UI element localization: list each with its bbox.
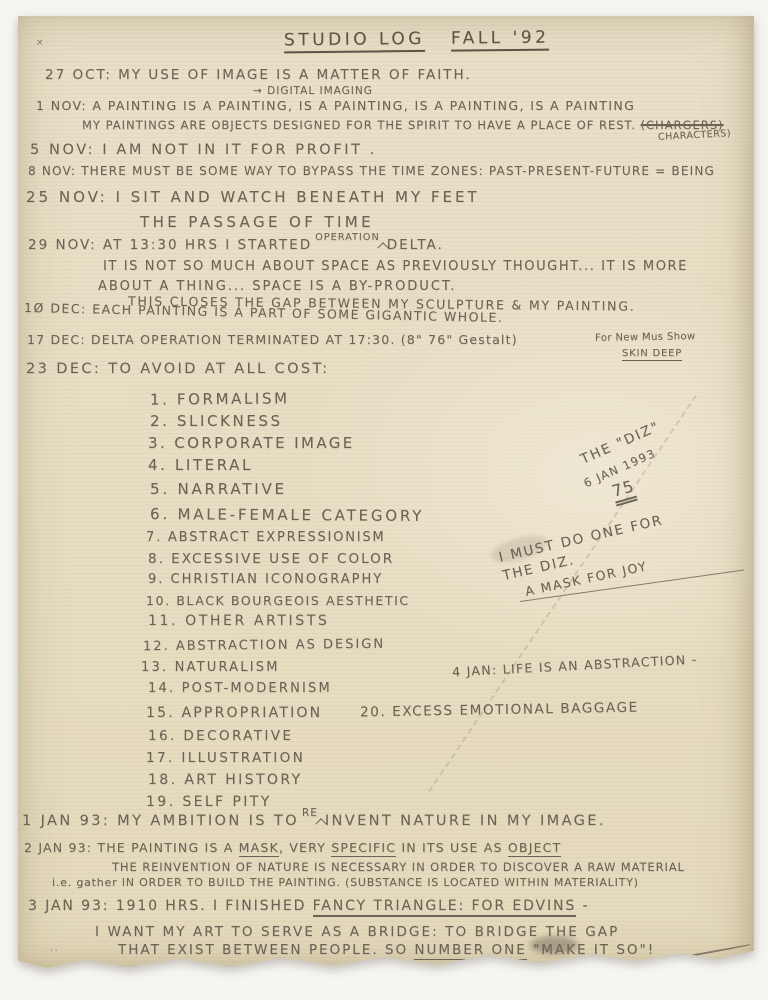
paper-sheet-wrap: × .. STUDIO LOGFALL '92 27 OCT: MY USE O…	[18, 16, 754, 974]
nov29-inserted-word: OPERATION	[315, 233, 380, 244]
avoid-list-item: 5. NARRATIVE	[150, 481, 287, 498]
avoid-list-item: 18. ART HISTORY	[148, 773, 303, 788]
paper-sheet: × .. STUDIO LOGFALL '92 27 OCT: MY USE O…	[18, 16, 754, 974]
entry-nov25-line2: THE PASSAGE OF TIME	[140, 214, 374, 231]
entry-nov29-line2: IT IS NOT SO MUCH ABOUT SPACE AS PREVIOU…	[103, 260, 688, 274]
nov1-line2-text: MY PAINTINGS ARE OBJECTS DESIGNED FOR TH…	[82, 118, 641, 132]
entry-dec23: 23 DEC: TO AVOID AT ALL COST:	[26, 362, 329, 378]
jan3c-pre: THAT EXIST BETWEEN PEOPLE. SO	[118, 942, 414, 958]
avoid-list-item: 16. DECORATIVE	[148, 729, 293, 744]
entry-nov5: 5 NOV: I AM NOT IN IT FOR PROFIT .	[30, 143, 377, 159]
nov1-correction: CHARACTERS)	[658, 129, 732, 143]
jan1-post: INVENT NATURE IN MY IMAGE.	[325, 813, 606, 829]
entry-nov1-line2: MY PAINTINGS ARE OBJECTS DESIGNED FOR TH…	[82, 119, 724, 132]
jan2-pre: 2 JAN 93: THE PAINTING IS A	[24, 840, 239, 855]
title-right: FALL '92	[451, 28, 550, 52]
dec17-sidenote-line2: SKIN DEEP	[622, 348, 682, 359]
avoid-list-item: 2. SLICKNESS	[150, 413, 283, 430]
entry-nov29-line1: 29 NOV: AT 13:30 HRS I STARTEDOPERATIOND…	[28, 238, 444, 253]
page-title: STUDIO LOGFALL '92	[284, 29, 550, 50]
entry-jan3-line3: THAT EXIST BETWEEN PEOPLE. SO NUMBER ONE…	[118, 943, 655, 958]
entry-jan2-note2: i.e. gather IN ORDER TO BUILD THE PAINTI…	[52, 877, 639, 889]
jan2-mid1: , VERY	[279, 840, 331, 855]
avoid-list-item-20: 20. EXCESS EMOTIONAL BAGGAGE	[360, 701, 639, 721]
avoid-list-item: 10. BLACK BOURGEOIS AESTHETIC	[146, 594, 410, 608]
avoid-list-item: 19. SELF PITY	[146, 795, 272, 810]
jan3-pre: 3 JAN 93: 1910 HRS. I FINISHED	[28, 898, 313, 914]
avoid-list-item: 8. EXCESSIVE USE OF COLOR	[148, 552, 394, 567]
avoid-list-item: 14. POST-MODERNISM	[148, 682, 332, 696]
avoid-list-item: 12. ABSTRACTION AS DESIGN	[143, 638, 385, 655]
entry-nov29-line3: ABOUT A THING... SPACE IS A BY-PRODUCT.	[98, 280, 456, 294]
diz-age-underlined: 75	[610, 476, 638, 506]
entry-jan2: 2 JAN 93: THE PAINTING IS A MASK, VERY S…	[24, 841, 561, 855]
annotation-diz-age: 75	[610, 477, 636, 500]
entry-jan3: 3 JAN 93: 1910 HRS. I FINISHED FANCY TRI…	[28, 899, 590, 914]
jan2-mid2: IN ITS USE AS	[396, 840, 508, 855]
avoid-list-item: 7. ABSTRACT EXPRESSIONISM	[146, 531, 385, 545]
jan2-mask-underlined: MASK	[239, 840, 279, 857]
jan1-pre: 1 JAN 93: MY AMBITION IS TO	[22, 813, 299, 829]
skin-deep-underlined: SKIN DEEP	[622, 348, 682, 361]
avoid-list-item: 3. CORPORATE IMAGE	[148, 435, 355, 452]
entry-nov1-line1: 1 NOV: A PAINTING IS A PAINTING, IS A PA…	[36, 99, 635, 113]
avoid-list-item: 13. NATURALISM	[141, 661, 280, 675]
avoid-list-item: 9. CHRISTIAN ICONOGRAPHY	[148, 573, 383, 587]
avoid-list-item: 17. ILLUSTRATION	[146, 751, 305, 766]
dec17-sidenote-line1: For New Mus Show	[595, 331, 696, 344]
jan1-inserted-word: RE	[302, 808, 318, 819]
entry-jan1: 1 JAN 93: MY AMBITION IS TOREINVENT NATU…	[22, 814, 606, 830]
note-digital-imaging: → DIGITAL IMAGING	[253, 86, 373, 98]
entry-nov8: 8 NOV: THERE MUST BE SOME WAY TO BYPASS …	[28, 165, 715, 178]
entry-jan3-line2: I WANT MY ART TO SERVE AS A BRIDGE: TO B…	[95, 925, 619, 940]
scanned-document-background: × .. STUDIO LOGFALL '92 27 OCT: MY USE O…	[0, 0, 768, 1000]
entry-jan2-note1: THE REINVENTION OF NATURE IS NECESSARY I…	[112, 861, 685, 874]
avoid-list-item: 1. FORMALISM	[150, 390, 290, 408]
corner-pencil-mark: ×	[36, 38, 44, 48]
nov29-post: DELTA.	[387, 237, 444, 253]
jan3c-number-one-underlined: NUMBER ONE	[414, 942, 526, 960]
nov29-pre: 29 NOV: AT 13:30 HRS I STARTED	[28, 237, 312, 253]
jan3-fancy-triangle-underlined: FANCY TRIANGLE: FOR EDVINS	[313, 898, 577, 917]
jan3-post: -	[576, 898, 589, 914]
avoid-list-item: 11. OTHER ARTISTS	[148, 614, 329, 629]
avoid-list-item: 4. LITERAL	[148, 457, 253, 474]
jan3c-post: "MAKE IT SO"!	[527, 942, 655, 958]
entry-oct27: 27 OCT: MY USE OF IMAGE IS A MATTER OF F…	[45, 68, 472, 83]
entry-dec17: 17 DEC: DELTA OPERATION TERMINATED AT 17…	[27, 333, 518, 347]
avoid-list-item: 15. APPROPRIATION	[146, 706, 322, 721]
entry-nov25-line1: 25 NOV: I SIT AND WATCH BENEATH MY FEET	[26, 189, 480, 206]
jan2-object-underlined: OBJECT	[508, 840, 562, 857]
dot-marks: ..	[50, 944, 60, 954]
title-left: STUDIO LOG	[284, 29, 425, 53]
jan2-specific-underlined: SPECIFIC	[331, 840, 396, 857]
entry-jan4: 4 JAN: LIFE IS AN ABSTRACTION -	[452, 653, 698, 680]
avoid-list-item: 6. MALE-FEMALE CATEGORY	[150, 506, 424, 524]
